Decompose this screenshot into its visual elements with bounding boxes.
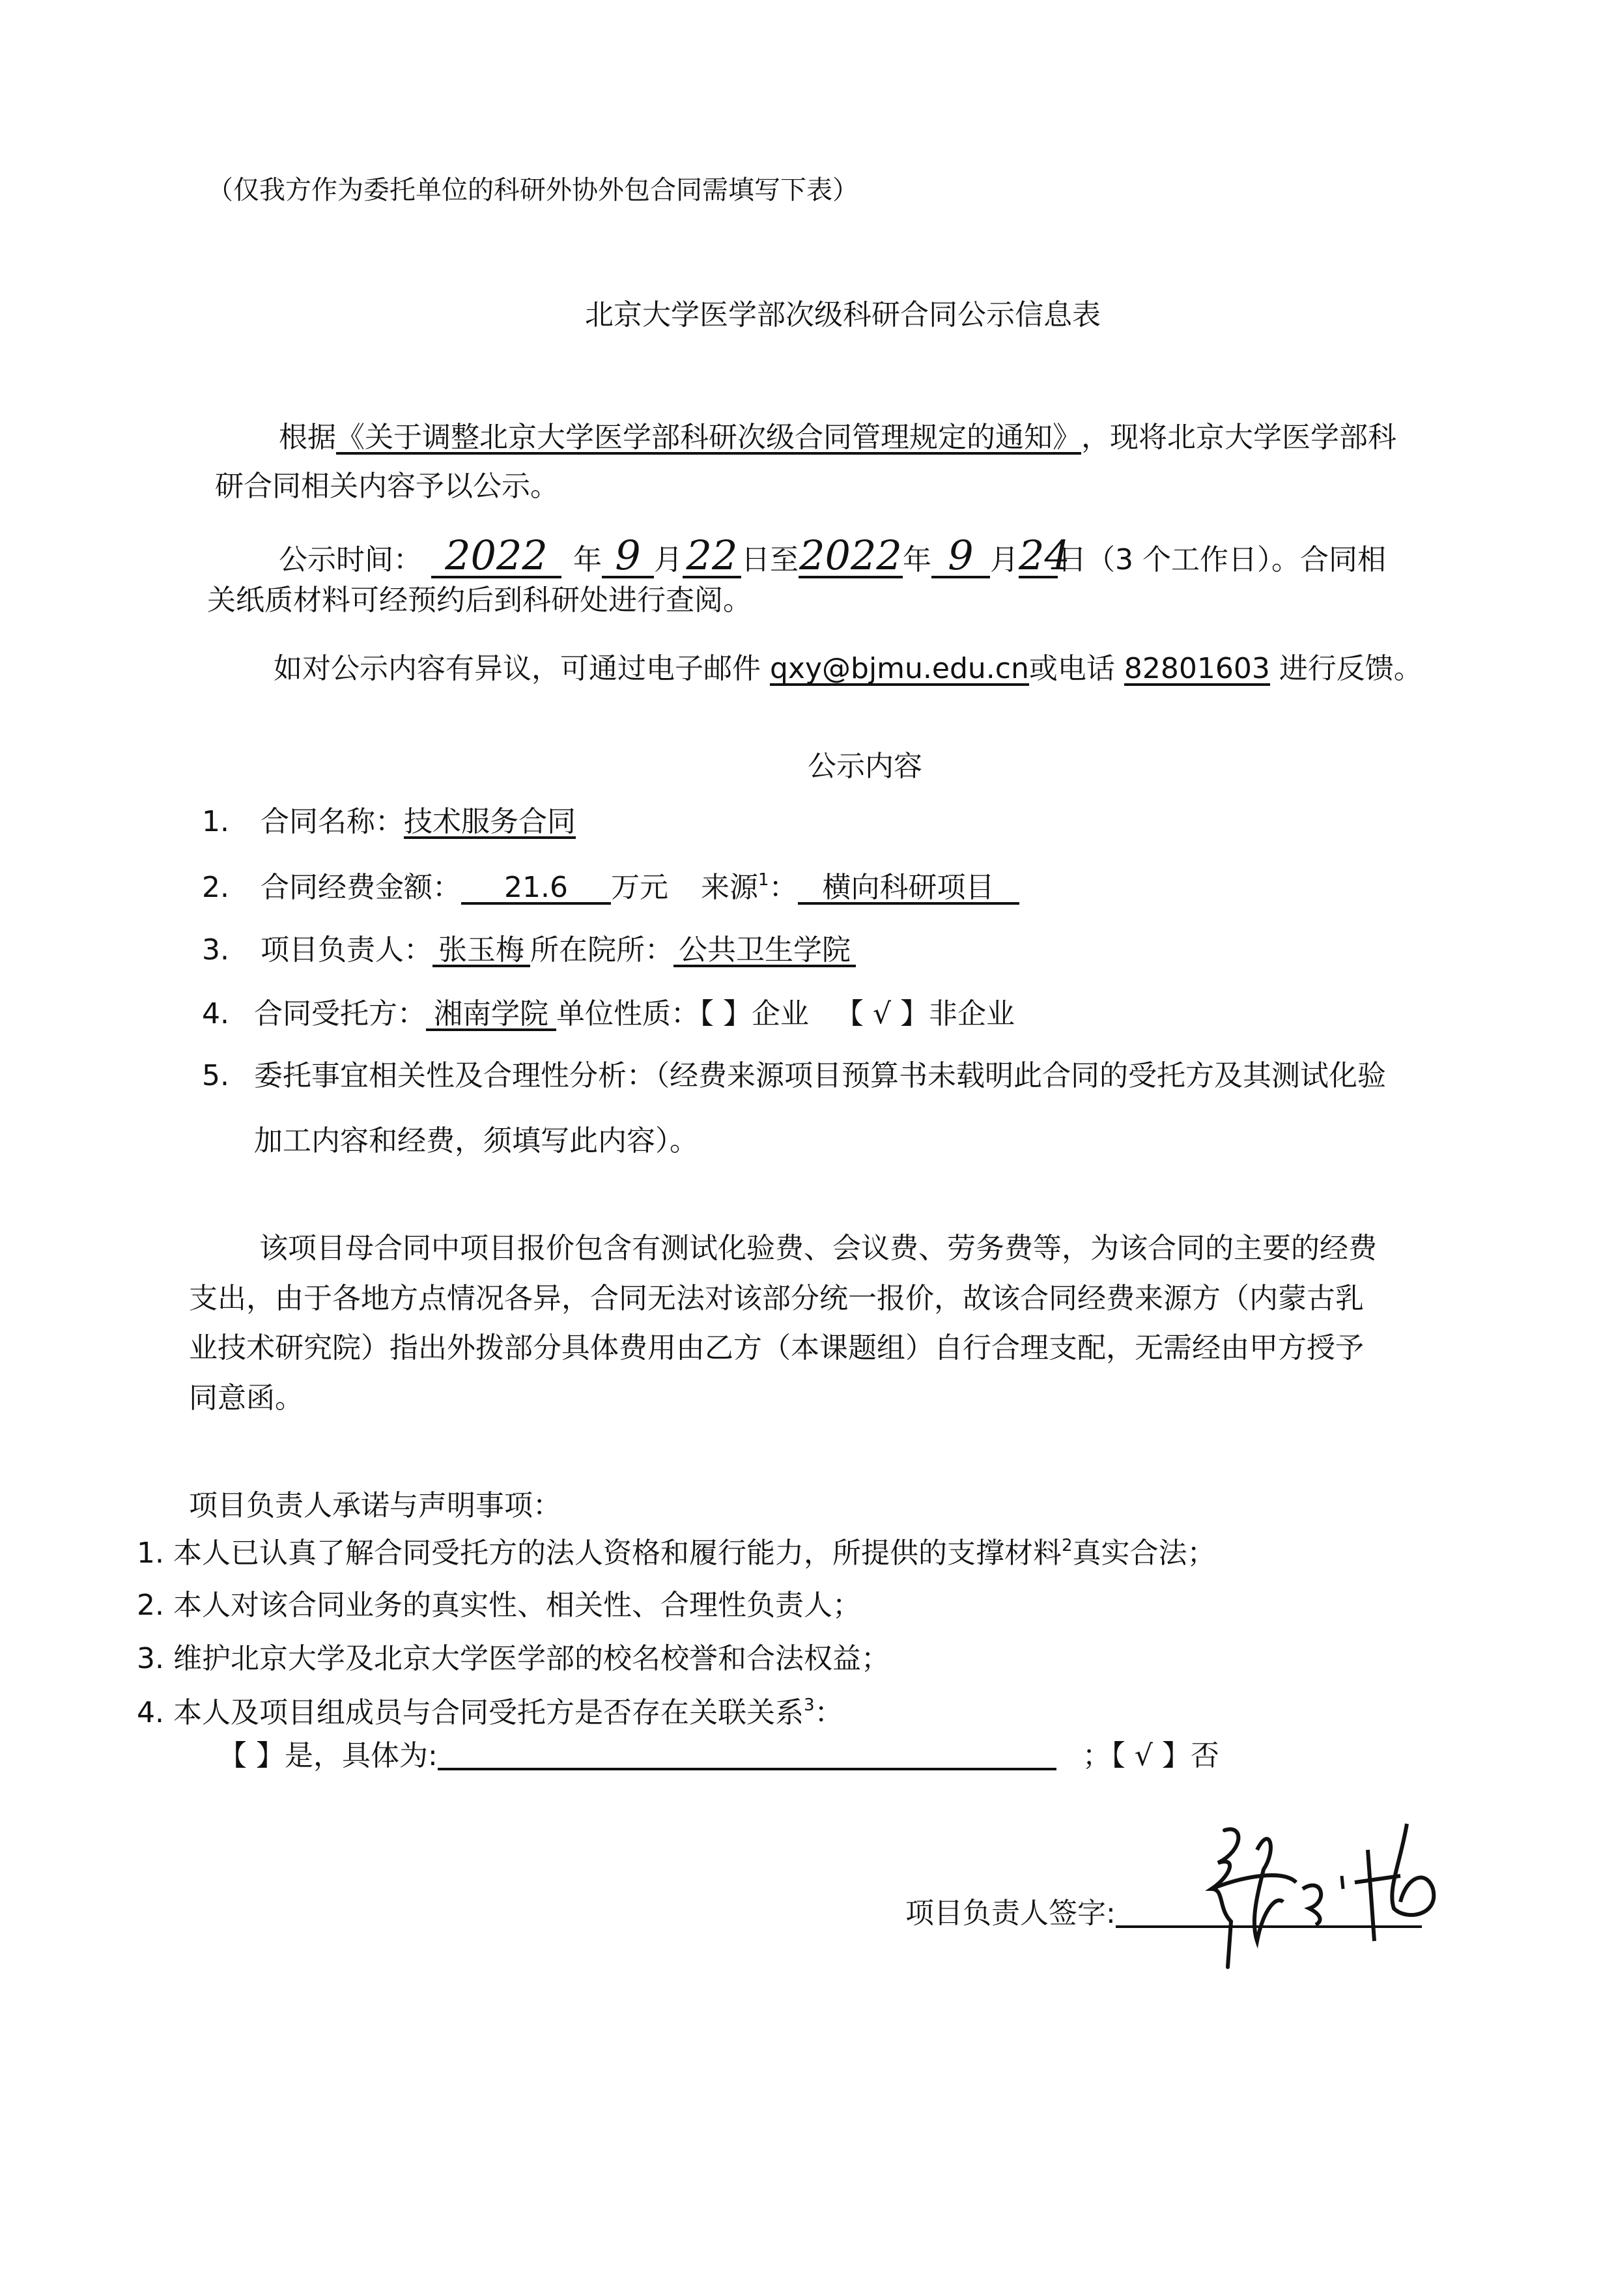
item-number: 5. [202, 1062, 254, 1090]
item-label: 合同名称： [261, 805, 404, 838]
end-year-field[interactable]: 2022 [799, 535, 903, 578]
day-to-label: 日至 [741, 543, 799, 576]
handwritten-signature [1192, 1811, 1479, 1980]
separator: ； [1083, 1739, 1111, 1772]
year-label: 年 [573, 543, 602, 576]
enterprise-checkbox[interactable]: 【 】 [700, 997, 752, 1030]
item-contract-name: 1.合同名称：技术服务合同 [202, 808, 576, 839]
pledge-item-4: 4. 本人及项目组成员与合同受托方是否存在关联关系3： [137, 1697, 843, 1727]
month-label: 月 [654, 543, 683, 576]
period-suffix: （3 个工作日）。合同相 [1086, 543, 1386, 576]
colon: ： [769, 871, 798, 904]
item-project-lead: 3.项目负责人：张玉梅所在院所：公共卫生学院 [202, 936, 856, 967]
signature-label: 项目负责人签字: [905, 1897, 1116, 1930]
enterprise-label: 企业 [752, 997, 809, 1030]
end-month-field[interactable]: 9 [931, 535, 990, 578]
analysis-instruction: 委托事宜相关性及合理性分析：（经费来源项目预算书未载明此合同的受托方及其测试化验 [254, 1059, 1386, 1092]
month-label-2: 月 [990, 543, 1019, 576]
pledge-text-end: 真实合法； [1073, 1537, 1216, 1570]
item-trustee: 4.合同受托方：湘南学院单位性质：【 】企业【 √ 】非企业 [202, 1000, 1015, 1031]
analysis-line-1: 该项目母合同中项目报价包含有测试化验费、会议费、劳务费等，为该合同的主要的经费 [259, 1234, 1377, 1263]
phone-number: 82801603 [1124, 655, 1270, 686]
period-line2: 关纸质材料可经预约后到科研处进行查阅。 [207, 586, 752, 615]
item-label: 合同受托方： [254, 997, 426, 1030]
no-checkbox[interactable]: 【 √ 】 [1111, 1739, 1191, 1772]
non-enterprise-label: 非企业 [929, 997, 1015, 1030]
pledge-heading: 项目负责人承诺与声明事项： [189, 1492, 561, 1520]
feedback-suffix: 进行反馈。 [1279, 652, 1423, 685]
period-label: 公示时间： [279, 543, 422, 576]
intro-paragraph: 根据《关于调整北京大学医学部科研次级合同管理规定的通知》，现将北京大学医学部科 [279, 423, 1396, 455]
item-number: 4. [202, 1000, 254, 1028]
amount-field[interactable]: 21.6 [461, 873, 611, 905]
pledge-text: 1. 本人已认真了解合同受托方的法人资格和履行能力，所提供的支撑材料 [137, 1537, 1062, 1570]
footnote-marker: 1 [758, 870, 769, 890]
content-heading: 公示内容 [808, 752, 922, 781]
source-field[interactable]: 横向科研项目 [798, 873, 1019, 905]
feedback-line: 如对公示内容有异议，可通过电子邮件 qxy@bjmu.edu.cn或电话 828… [274, 655, 1423, 686]
dept-field[interactable]: 公共卫生学院 [673, 936, 856, 967]
start-day-field[interactable]: 22 [683, 535, 741, 578]
intro-line2: 研合同相关内容予以公示。 [215, 472, 559, 501]
amount-unit: 万元 [611, 871, 668, 904]
pledge-item-2: 2. 本人对该合同业务的真实性、相关性、合理性负责人； [137, 1591, 861, 1620]
page-title: 北京大学医学部次级科研合同公示信息表 [585, 301, 1101, 330]
project-lead-field[interactable]: 张玉梅 [432, 936, 530, 967]
dept-label: 所在院所： [530, 933, 673, 967]
item-label: 项目负责人： [261, 933, 432, 967]
end-day-field[interactable]: 24 [1019, 535, 1058, 578]
nature-label: 单位性质： [556, 997, 700, 1030]
analysis-instruction-line2: 加工内容和经费，须填写此内容）。 [254, 1127, 698, 1155]
source-label: 来源 [701, 871, 758, 904]
instruction-note: （仅我方作为委托单位的科研外协外包合同需填写下表） [207, 177, 858, 203]
period-line: 公示时间： 2022年9月22日至2022年9月24日（3 个工作日）。合同相 [279, 535, 1386, 578]
non-enterprise-checkbox[interactable]: 【 √ 】 [835, 997, 929, 1030]
feedback-prefix: 如对公示内容有异议，可通过电子邮件 [274, 652, 761, 685]
start-month-field[interactable]: 9 [602, 535, 654, 578]
item-number: 2. [202, 873, 261, 902]
feedback-middle: 或电话 [1029, 652, 1115, 685]
relation-detail-field[interactable] [438, 1739, 1056, 1770]
year-label-2: 年 [903, 543, 931, 576]
analysis-line-4: 同意函。 [189, 1384, 304, 1413]
no-label: 否 [1191, 1739, 1219, 1772]
analysis-line-3: 业技术研究院）指出外拨部分具体费用由乙方（本课题组）自行合理支配，无需经由甲方授… [189, 1334, 1364, 1363]
email-link[interactable]: qxy@bjmu.edu.cn [770, 655, 1029, 686]
footnote-marker: 3 [804, 1695, 815, 1715]
pledge-item-3: 3. 维护北京大学及北京大学医学部的校名校誉和合法权益； [137, 1645, 890, 1673]
intro-prefix: 根据 [279, 421, 336, 454]
pledge-text-end: ： [815, 1696, 843, 1729]
item-number: 1. [202, 808, 261, 836]
item-number: 3. [202, 936, 261, 965]
contract-name-field[interactable]: 技术服务合同 [404, 808, 576, 839]
pledge-item-1: 1. 本人已认真了解合同受托方的法人资格和履行能力，所提供的支撑材料2真实合法； [137, 1537, 1216, 1568]
item-contract-amount: 2.合同经费金额：21.6万元来源1：横向科研项目 [202, 872, 1019, 905]
notice-link[interactable]: 《关于调整北京大学医学部科研次级合同管理规定的通知》 [336, 423, 1081, 455]
yes-checkbox[interactable]: 【 】 [218, 1739, 285, 1772]
yes-label: 是，具体为: [285, 1739, 438, 1772]
trustee-field[interactable]: 湘南学院 [426, 1000, 556, 1031]
footnote-marker: 2 [1062, 1536, 1073, 1555]
relation-answer: 【 】是，具体为:；【 √ 】否 [218, 1739, 1219, 1770]
day-label: 日 [1058, 543, 1086, 576]
item-analysis: 5.委托事宜相关性及合理性分析：（经费来源项目预算书未载明此合同的受托方及其测试… [202, 1062, 1386, 1090]
analysis-line-2: 支出，由于各地方点情况各异，合同无法对该部分统一报价，故该合同经费来源方（内蒙古… [189, 1284, 1364, 1313]
item-label: 合同经费金额： [261, 871, 461, 904]
intro-suffix: ，现将北京大学医学部科 [1081, 421, 1396, 454]
start-year-field[interactable]: 2022 [431, 535, 561, 578]
pledge-text: 4. 本人及项目组成员与合同受托方是否存在关联关系 [137, 1696, 804, 1729]
